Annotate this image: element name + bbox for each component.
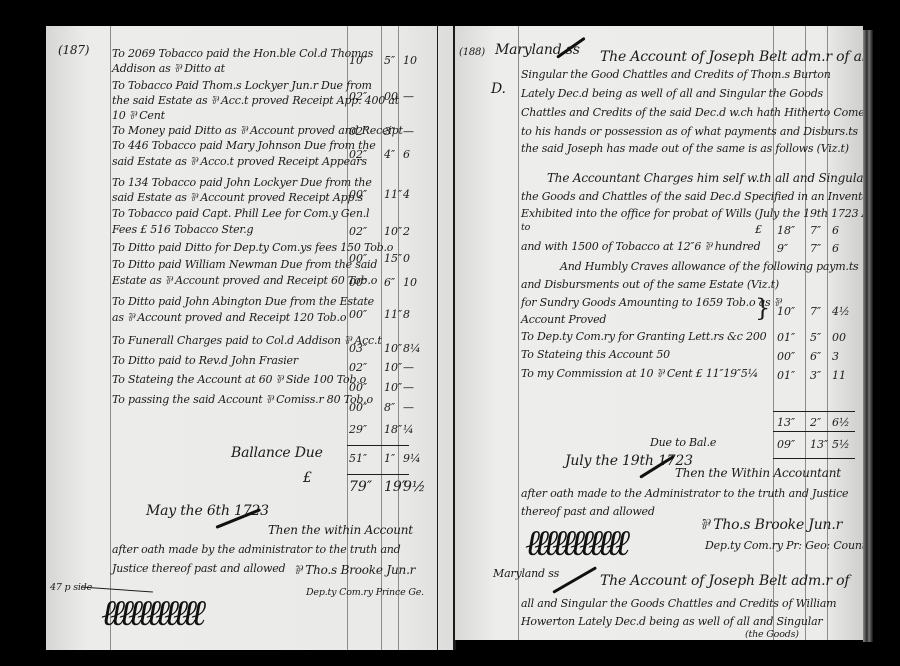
intro-text: Lately Dec.d being as well of all and Si…	[521, 88, 823, 99]
intro-text: the said Joseph has made out of the same…	[521, 143, 849, 154]
entry-text: To Dep.ty Com.ry for Granting Lett.rs &c…	[521, 331, 766, 342]
entry-text: To passing the said Account ⅌ Comiss.r 8…	[112, 394, 373, 405]
amount-shillings: 3″	[810, 369, 821, 382]
balance-pounds: 51″	[349, 452, 367, 465]
amount-pounds: 00″	[777, 350, 795, 363]
tobacco-pounds: 9″	[777, 242, 788, 255]
amount-shillings: 10″	[384, 225, 402, 238]
grand-total-pounds: 79″	[349, 479, 372, 495]
amount-pence: —	[403, 381, 414, 394]
amount-shillings: 15″	[384, 252, 402, 265]
entry-text: Addison as ⅌ Ditto at	[112, 63, 225, 74]
amount-shillings: 8″	[384, 401, 395, 414]
total-shillings: 2″	[810, 416, 821, 429]
amount-pounds: 00″	[349, 401, 367, 414]
amount-pounds: 03″	[349, 342, 367, 355]
balance-label: Ballance Due	[231, 446, 323, 460]
amount-pence: —	[403, 125, 414, 138]
amount-pounds: 02″	[349, 125, 367, 138]
page-edges	[863, 30, 873, 642]
amount-shillings: 5″	[810, 331, 821, 344]
entry-text: To 2069 Tobacco paid the Hon.ble Col.d T…	[112, 48, 373, 59]
amount-pence: 00	[832, 331, 846, 344]
margin-mark: D.	[491, 82, 506, 96]
account-heading-2: The Account of Joseph Belt adm.r of	[600, 574, 849, 588]
amount-pence: 4	[403, 188, 410, 201]
entry-text: To Tobacco paid Capt. Phill Lee for Com.…	[112, 208, 369, 219]
amount-pence: —	[403, 401, 414, 414]
entry-text: To my Commission at 10 ⅌ Cent £ 11″19″5¼	[521, 368, 758, 379]
total-shillings: 18″	[384, 423, 402, 436]
folio-number: (187)	[58, 44, 89, 56]
jurisdiction-heading-2: Maryland ss	[493, 568, 559, 579]
tobacco-charge-text: and with 1500 of Tobacco at 12″6 ⅌ hundr…	[521, 241, 760, 252]
charge-text: the Goods and Chattles of the said Dec.d…	[521, 191, 863, 202]
charge-shillings: 7″	[810, 224, 821, 237]
due-rule	[773, 431, 855, 432]
amount-pence: 2	[403, 225, 410, 238]
entry-text: To Tobacco Paid Thom.s Lockyer Jun.r Due…	[112, 80, 372, 91]
due-pounds: 09″	[777, 438, 795, 451]
amount-pounds: 01″	[777, 331, 795, 344]
due-shillings: 13″	[810, 438, 828, 451]
amount-pounds: 00″	[349, 188, 367, 201]
allowance-text: and Disbursments out of the same Estate …	[521, 279, 779, 290]
entry-text: for Sundry Goods Amounting to 1659 Tob.o…	[521, 297, 781, 308]
closing-text: thereof past and allowed	[521, 506, 655, 517]
amount-shillings: 3″	[384, 125, 395, 138]
amount-pence: 10	[403, 54, 417, 67]
signature: ⅌ Tho.s Brooke Jun.r	[700, 518, 842, 532]
amount-shillings: 00	[384, 90, 398, 103]
left-margin-rule	[518, 26, 519, 640]
amount-shillings: 5″	[384, 54, 395, 67]
tobacco-shillings: 7″	[810, 242, 821, 255]
closing-text: Then the within Account	[268, 524, 413, 536]
intro-text: Chattles and Credits of the said Dec.d w…	[521, 107, 863, 118]
signature: ⅌ Tho.s Brooke Jun.r	[294, 564, 415, 576]
grand-total-currency: £	[303, 471, 312, 485]
amount-pence: 6	[403, 148, 410, 161]
charge-text: Exhibited into the office for probat of …	[521, 208, 863, 219]
entry-text: To Ditto paid John Abington Due from the…	[112, 296, 374, 307]
amount-pounds: 10″	[349, 54, 367, 67]
entry-text: 10 ⅌ Cent	[112, 110, 165, 121]
charge-text: to	[521, 223, 530, 233]
right-page: (188) Maryland ss D. The Account of Jose…	[455, 26, 863, 640]
amount-shillings: 6″	[384, 276, 395, 289]
intro-text: Howerton Lately Dec.d being as well of a…	[521, 616, 822, 627]
intro-text: Singular the Good Chattles and Credits o…	[521, 69, 831, 80]
balance-pence: 9¼	[403, 452, 421, 465]
amount-shillings: 6″	[810, 350, 821, 363]
amount-shillings: 11″	[384, 308, 402, 321]
amount-shillings: 10″	[384, 342, 402, 355]
entry-text: To 134 Tobacco paid John Lockyer Due fro…	[112, 177, 372, 188]
amount-pounds: 00″	[349, 276, 367, 289]
amount-pence: 8	[403, 308, 410, 321]
total-pounds: 29″	[349, 423, 367, 436]
intro-text: to his hands or possession as of what pa…	[521, 126, 858, 137]
left-page: (187) To 2069 Tobacco paid the Hon.ble C…	[46, 26, 455, 650]
grand-total-pence: 9½	[403, 479, 425, 495]
entry-text: Fees £ 516 Tobacco Ster.g	[112, 224, 253, 235]
catchword: (the Goods)	[745, 630, 799, 640]
entry-text: To Stateing this Account 50	[521, 349, 670, 360]
brace: }	[755, 296, 770, 320]
charge-pence: 6	[832, 224, 839, 237]
pence-column-rule	[398, 26, 399, 650]
book-spread: (187) To 2069 Tobacco paid the Hon.ble C…	[0, 0, 900, 666]
entry-text: To 446 Tobacco paid Mary Johnson Due fro…	[112, 140, 376, 151]
amount-shillings: 10″	[384, 381, 402, 394]
balance-shillings: 1″	[384, 452, 395, 465]
closing-text: Then the Within Accountant	[675, 467, 841, 479]
amount-pence: —	[403, 361, 414, 374]
amount-pence: —	[403, 90, 414, 103]
amount-pence: 0	[403, 252, 410, 265]
outer-margin-rule	[437, 26, 438, 650]
entry-text: as ⅌ Account proved and Receipt 120 Tob.…	[112, 312, 346, 323]
amount-pounds: 00″	[349, 308, 367, 321]
closing-text: after oath made to the Administrator to …	[521, 488, 848, 499]
grand-total-rule	[347, 474, 409, 475]
due-pence: 5½	[832, 438, 850, 451]
amount-shillings: 11″	[384, 188, 402, 201]
amount-shillings: 4″	[384, 148, 395, 161]
closing-flourish: ℓℓℓℓℓℓℓℓℓℓℓ	[525, 526, 624, 562]
closing-text: Justice thereof past and allowed	[112, 563, 285, 574]
total-pounds: 13″	[777, 416, 795, 429]
amount-pence: 10	[403, 276, 417, 289]
entry-text: said Estate as ⅌ Account proved Receipt …	[112, 192, 363, 203]
amount-pence: 11	[832, 369, 846, 382]
intro-text: all and Singular the Goods Chattles and …	[521, 598, 836, 609]
amount-pounds: 02″	[349, 225, 367, 238]
entry-text: Account Proved	[521, 314, 606, 325]
closing-rule	[773, 458, 855, 459]
amount-shillings: 10″	[384, 361, 402, 374]
folio-number: (188)	[459, 48, 485, 58]
total-pence: 6½	[832, 416, 850, 429]
charge-currency: £	[755, 224, 762, 235]
allowance-text: And Humbly Craves allowance of the follo…	[560, 261, 859, 272]
amount-pounds: 02″	[349, 90, 367, 103]
closing-text: after oath made by the administrator to …	[112, 544, 401, 555]
amount-pounds: 01″	[777, 369, 795, 382]
left-margin-rule	[110, 26, 111, 650]
amount-pence: 3	[832, 350, 839, 363]
account-heading: The Account of Joseph Belt adm.r of all …	[600, 50, 863, 64]
total-pence: ¼	[403, 423, 414, 436]
amount-pounds: 02″	[349, 148, 367, 161]
amount-pounds: 10″	[777, 305, 795, 318]
entry-text: To Funerall Charges paid to Col.d Addiso…	[112, 335, 382, 346]
signature-title: Dep.ty Com.ry Pr: Geo: County	[705, 540, 863, 551]
entry-text: Estate as ⅌ Account proved and Receipt 6…	[112, 275, 377, 286]
entry-text: said Estate as ⅌ Acco.t proved Receipt A…	[112, 156, 367, 167]
charge-text: The Accountant Charges him self w.th all…	[547, 172, 863, 184]
total-rule	[347, 445, 409, 446]
due-label: Due to Bal.e	[650, 437, 716, 448]
entry-text: To Ditto paid to Rev.d John Frasier	[112, 355, 298, 366]
tobacco-pence: 6	[832, 242, 839, 255]
entry-text: To Stateing the Account at 60 ⅌ Side 100…	[112, 374, 366, 385]
signature-title: Dep.ty Com.ry Prince Ge.	[306, 588, 424, 598]
amount-pence: 4½	[832, 305, 850, 318]
total-rule	[773, 411, 855, 412]
entry-text: To Ditto paid William Newman Due from th…	[112, 259, 377, 270]
closing-flourish: ℓℓℓℓℓℓℓℓℓℓℓ	[101, 596, 200, 632]
charge-pounds: 18″	[777, 224, 795, 237]
amount-pence: 8¼	[403, 342, 421, 355]
amount-shillings: 7″	[810, 305, 821, 318]
